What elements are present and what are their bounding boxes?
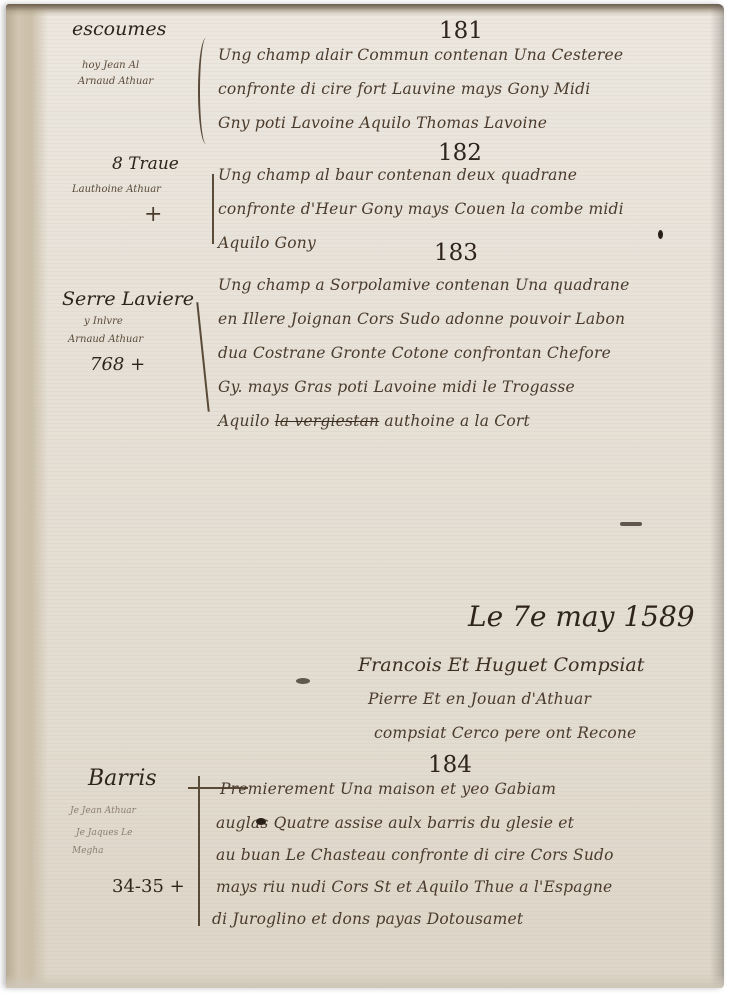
binding-spine (6, 4, 48, 988)
text-line: dua Costrane Gronte Cotone confrontan Ch… (218, 344, 611, 362)
margin-note: Arnaud Athuar (78, 76, 153, 87)
manuscript-page: 181 escoumes hoy Jean Al Arnaud Athuar U… (6, 4, 724, 988)
text-line: di Juroglino et dons payas Dotousamet (212, 910, 523, 928)
text-line: confronte di cire fort Lauvine mays Gony… (218, 80, 590, 98)
margin-note: y Inlvre (84, 316, 123, 327)
ink-blot (256, 818, 266, 825)
text-line: au buan Le Chasteau confronte di cire Co… (216, 846, 614, 864)
margin-value: 34-35 + (112, 876, 185, 897)
cross-mark: + (144, 202, 162, 227)
text-line: Ung champ alair Commun contenan Una Cest… (218, 46, 623, 64)
margin-note: hoy Jean Al (82, 60, 139, 71)
text-line: auglas Quatre assise aulx barris du gles… (216, 814, 574, 832)
margin-title: Barris (88, 766, 157, 791)
entry-number: 182 (438, 140, 482, 166)
heading-line: Pierre Et en Jouan d'Athuar (368, 690, 591, 708)
margin-value: 768 + (90, 354, 145, 375)
text-segment: authoine a la Cort (384, 412, 530, 430)
entry-number: 181 (439, 18, 483, 44)
page-bottom-edge (6, 974, 724, 988)
margin-rule (196, 302, 209, 412)
entry-number: 184 (428, 752, 472, 778)
margin-note: Megha (72, 846, 103, 856)
ink-blot (620, 522, 642, 526)
margin-note: Arnaud Athuar (68, 334, 143, 345)
text-line: Aquilo Gony (218, 234, 316, 252)
page-top-edge (6, 4, 724, 16)
ink-blot (296, 678, 310, 684)
text-line: confronte d'Heur Gony mays Couen la comb… (218, 200, 624, 218)
margin-rule (212, 174, 214, 244)
record-date: Le 7e may 1589 (468, 600, 695, 633)
margin-title: 8 Traue (112, 154, 179, 174)
text-line: Ung champ a Sorpolamive contenan Una qua… (218, 276, 629, 294)
margin-title: escoumes (72, 18, 166, 40)
heading-line: Francois Et Huguet Compsiat (358, 654, 644, 676)
heading-line: compsiat Cerco pere ont Recone (374, 724, 636, 742)
margin-rule (198, 776, 200, 926)
text-line: en Illere Joignan Cors Sudo adonne pouvo… (218, 310, 625, 328)
margin-note: Lauthoine Athuar (72, 184, 161, 195)
text-line: Gny poti Lavoine Aquilo Thomas Lavoine (218, 114, 547, 132)
entry-number: 183 (434, 240, 478, 266)
text-line: Gy. mays Gras poti Lavoine midi le Troga… (218, 378, 575, 396)
page-right-edge (710, 4, 724, 988)
brace-mark (198, 38, 214, 144)
text-segment: Aquilo (218, 412, 270, 430)
text-line: Ung champ al baur contenan deux quadrane (218, 166, 577, 184)
margin-note: Je Jaques Le (76, 828, 132, 838)
margin-title: Serre Laviere (62, 288, 194, 310)
text-line: mays riu nudi Cors St et Aquilo Thue a l… (216, 878, 612, 896)
margin-note: Je Jean Athuar (70, 806, 136, 816)
text-line: Aquilo la vergiestan authoine a la Cort (218, 412, 530, 430)
ink-blot (658, 230, 663, 239)
text-line: Premierement Una maison et yeo Gabiam (220, 780, 556, 798)
struck-text: la vergiestan (275, 412, 380, 430)
